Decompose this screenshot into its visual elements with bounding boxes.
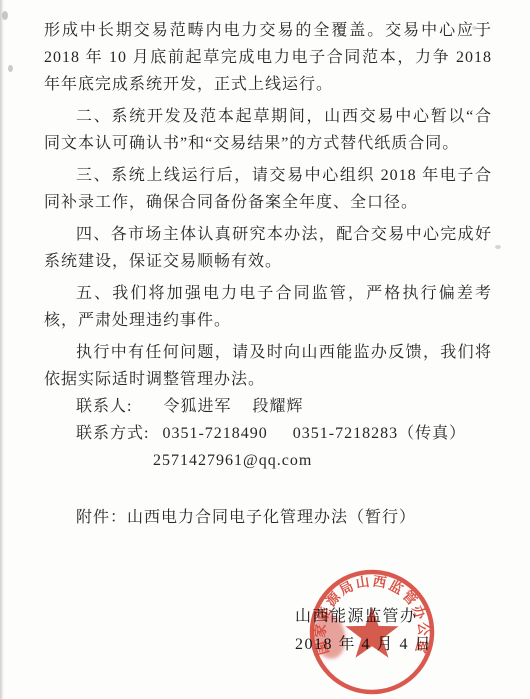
contact-email: 2571427961@qq.com xyxy=(44,447,492,474)
paragraph: 五、我们将加强电力电子合同监管，严格执行偏差考核，严肃处理违约事件。 xyxy=(44,280,492,334)
signature-date: 2018 年 4 月 4 日 xyxy=(295,631,432,659)
paragraph: 执行中有任何问题，请及时向山西能监办反馈，我们将依据实际适时调整管理办法。 xyxy=(44,339,492,393)
scan-speck xyxy=(8,65,13,72)
contact-person-2: 段耀辉 xyxy=(252,398,303,415)
contact-person-line: 联系人: 令狐进军 段耀辉 xyxy=(44,393,492,420)
contact-method-line: 联系方式: 0351-7218490 0351-7218283（传真） xyxy=(44,420,492,447)
scan-speck xyxy=(2,11,8,20)
scan-speck xyxy=(495,245,501,249)
signature-office: 山西能源监管办 xyxy=(295,603,432,631)
paragraph: 三、系统上线运行后，请交易中心组织 2018 年电子合同补录工作，确保合同备份备… xyxy=(44,162,492,216)
contact-method-label: 联系方式: xyxy=(76,425,149,442)
contact-phone-1: 0351-7218490 xyxy=(162,425,267,442)
scan-edge-shadow xyxy=(0,0,4,699)
signature-block: 山西能源监管办 2018 年 4 月 4 日 xyxy=(295,603,432,659)
contact-phone-2: 0351-7218283（传真） xyxy=(293,425,466,442)
scan-speck xyxy=(472,26,477,30)
contact-person-1: 令狐进军 xyxy=(163,398,231,415)
paragraph: 四、各市场主体认真研究本办法，配合交易中心完成好系统建设，保证交易顺畅有效。 xyxy=(44,221,492,275)
attachment-line: 附件：山西电力合同电子化管理办法（暂行） xyxy=(44,504,492,531)
paragraph: 二、系统开发及范本起草期间，山西交易中心暂以“合同文本认可确认书”和“交易结果”… xyxy=(44,103,492,157)
document-body: 形成中长期交易范畴内电力交易的全覆盖。交易中心应于 2018 年 10 月底前起… xyxy=(44,17,492,531)
document-page: 形成中长期交易范畴内电力交易的全覆盖。交易中心应于 2018 年 10 月底前起… xyxy=(0,0,530,699)
paragraph: 形成中长期交易范畴内电力交易的全覆盖。交易中心应于 2018 年 10 月底前起… xyxy=(44,17,492,98)
contact-person-label: 联系人: xyxy=(76,398,132,415)
